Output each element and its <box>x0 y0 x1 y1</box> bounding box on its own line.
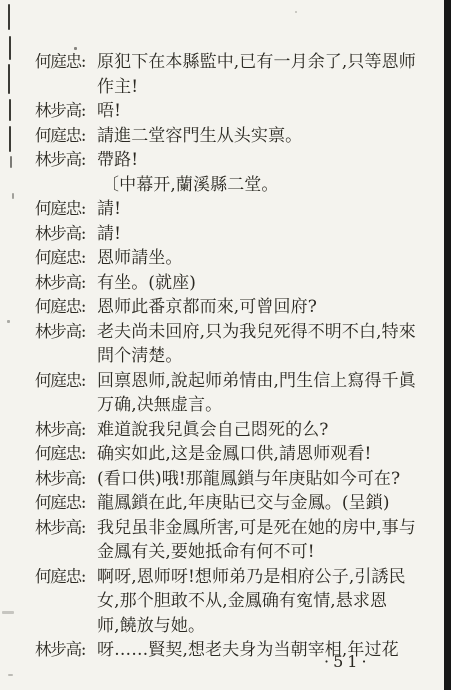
dialogue-lines: 帶路! <box>97 148 437 173</box>
dialogue-lines: 啊呀,恩师呀!想师弟乃是相府公子,引誘民女,那个胆敢不从,金鳳确有寃情,悬求恩师… <box>97 565 437 639</box>
dialogue-lines: 請進二堂容門生从头实禀。 <box>97 124 437 149</box>
dialogue-lines: 請! <box>97 222 437 247</box>
dialogue-line: 啊呀,恩师呀!想师弟乃是相府公子,引誘民 <box>97 565 437 590</box>
dialogue-lines: 回禀恩师,說起师弟情由,門生信上寫得千眞万确,决無虚言。 <box>97 369 437 418</box>
stage-direction-row: 〔中幕开,蘭溪縣二堂。 <box>35 173 437 198</box>
dialogue-lines: 有坐。(就座) <box>97 271 437 296</box>
dialogue-line: 龍鳳鎖在此,年庚貼已交与金鳳。(呈鎖) <box>97 491 437 516</box>
speaker-label: 林步高: <box>35 148 97 173</box>
dialogue-line: 我兒虽非金鳳所害,可是死在她的房中,事与 <box>97 516 437 541</box>
dialogue-row: 林步高:請! <box>35 222 437 247</box>
dialogue-lines: 老夫尚未回府,只为我兒死得不明不白,特來問个淸楚。 <box>97 320 437 369</box>
dialogue-lines: 恩师請坐。 <box>97 246 437 271</box>
dialogue-row: 何庭忠:恩师請坐。 <box>35 246 437 271</box>
speaker-label: 林步高: <box>35 271 97 296</box>
scan-artifact <box>9 99 11 121</box>
dialogue-row: 林步高:老夫尚未回府,只为我兒死得不明不白,特來問个淸楚。 <box>35 320 437 369</box>
speaker-label: 何庭忠: <box>35 295 97 320</box>
speaker-label: 何庭忠: <box>35 197 97 222</box>
speaker-label: 何庭忠: <box>35 124 97 149</box>
scan-artifact <box>8 674 13 676</box>
dialogue-line: 恩师請坐。 <box>97 246 437 271</box>
dialogue-line: 回禀恩师,說起师弟情由,門生信上寫得千眞 <box>97 369 437 394</box>
dialogue-line: 帶路! <box>97 148 437 173</box>
dialogue-lines: 唔! <box>97 99 437 124</box>
scanned-script-page: 何庭忠:原犯下在本縣監中,已有一月余了,只等恩师作主!林步高:唔!何庭忠:請進二… <box>0 0 451 690</box>
dialogue-row: 林步高:难道說我兒眞会自己悶死的么? <box>35 418 437 443</box>
speaker-label: 林步高: <box>35 222 97 247</box>
scan-artifact <box>295 11 297 13</box>
dialogue-row: 林步高:呀……賢契,想老夫身为当朝宰相,年过花 <box>35 638 437 663</box>
speaker-label: 何庭忠: <box>35 565 97 590</box>
speaker-label: 何庭忠: <box>35 50 97 75</box>
dialogue-line: 唔! <box>97 99 437 124</box>
speaker-label: 林步高: <box>35 516 97 541</box>
scan-artifact <box>2 611 14 614</box>
dialogue-line: 原犯下在本縣監中,已有一月余了,只等恩师 <box>97 50 437 75</box>
scan-artifact <box>9 36 11 60</box>
speaker-label: 林步高: <box>35 99 97 124</box>
scan-artifact <box>9 126 11 152</box>
dialogue-row: 何庭忠:原犯下在本縣監中,已有一月余了,只等恩师作主! <box>35 50 437 99</box>
dialogue-line: 請! <box>97 197 437 222</box>
dialogue-line: 呀……賢契,想老夫身为当朝宰相,年过花 <box>97 638 437 663</box>
dialogue-lines: 請! <box>97 197 437 222</box>
speaker-label: 何庭忠: <box>35 246 97 271</box>
dialogue-row: 何庭忠:回禀恩师,說起师弟情由,門生信上寫得千眞万确,决無虚言。 <box>35 369 437 418</box>
dialogue-row: 何庭忠:啊呀,恩师呀!想师弟乃是相府公子,引誘民女,那个胆敢不从,金鳳确有寃情,… <box>35 565 437 639</box>
dialogue-line: 老夫尚未回府,只为我兒死得不明不白,特來 <box>97 320 437 345</box>
scan-artifact <box>10 156 12 168</box>
dialogue-lines: 恩师此番京都而來,可曾回府? <box>97 295 437 320</box>
dialogue-lines: 难道說我兒眞会自己悶死的么? <box>97 418 437 443</box>
speaker-label: 林步高: <box>35 467 97 492</box>
dialogue-row: 何庭忠:請! <box>35 197 437 222</box>
scan-artifact <box>7 320 10 323</box>
speaker-label: 何庭忠: <box>35 491 97 516</box>
dialogue-row: 林步高:我兒虽非金鳳所害,可是死在她的房中,事与金鳳有关,要她抵命有何不可! <box>35 516 437 565</box>
dialogue-line: (看口供)哦!那龍鳳鎖与年庚貼如今可在? <box>97 467 437 492</box>
dialogue-row: 林步高:有坐。(就座) <box>35 271 437 296</box>
dialogue-lines: 我兒虽非金鳳所害,可是死在她的房中,事与金鳳有关,要她抵命有何不可! <box>97 516 437 565</box>
dialogue-line: 确实如此,这是金鳳口供,請恩师观看! <box>97 442 437 467</box>
dialogue-lines: 〔中幕开,蘭溪縣二堂。 <box>97 173 437 198</box>
dialogue-row: 何庭忠:恩师此番京都而來,可曾回府? <box>35 295 437 320</box>
dialogue-line: 有坐。(就座) <box>97 271 437 296</box>
scan-artifact <box>8 64 10 94</box>
speaker-label: 林步高: <box>35 638 97 663</box>
dialogue-line: 恩师此番京都而來,可曾回府? <box>97 295 437 320</box>
dialogue-lines: 确实如此,这是金鳳口供,請恩师观看! <box>97 442 437 467</box>
dialogue-line: 金鳳有关,要她抵命有何不可! <box>97 540 437 565</box>
dialogue-line: 难道說我兒眞会自己悶死的么? <box>97 418 437 443</box>
dialogue-row: 何庭忠:請進二堂容門生从头实禀。 <box>35 124 437 149</box>
speaker-label: 何庭忠: <box>35 369 97 394</box>
dialogue-row: 林步高:帶路! <box>35 148 437 173</box>
dialogue-lines: 呀……賢契,想老夫身为当朝宰相,年过花 <box>97 638 437 663</box>
scan-artifact <box>8 4 10 30</box>
speaker-label: 林步高: <box>35 320 97 345</box>
dialogue-line: 女,那个胆敢不从,金鳳确有寃情,悬求恩 <box>97 589 437 614</box>
dialogue-line: 师,饒放与她。 <box>97 614 437 639</box>
dialogue-line: 請進二堂容門生从头实禀。 <box>97 124 437 149</box>
dialogue-lines: 龍鳳鎖在此,年庚貼已交与金鳳。(呈鎖) <box>97 491 437 516</box>
dialogue-row: 林步高:唔! <box>35 99 437 124</box>
dialogue-row: 何庭忠:龍鳳鎖在此,年庚貼已交与金鳳。(呈鎖) <box>35 491 437 516</box>
stage-direction-line: 〔中幕开,蘭溪縣二堂。 <box>97 173 437 198</box>
dialogue-line: 問个淸楚。 <box>97 344 437 369</box>
dialogue-row: 何庭忠:确实如此,这是金鳳口供,請恩师观看! <box>35 442 437 467</box>
dialogue-lines: (看口供)哦!那龍鳳鎖与年庚貼如今可在? <box>97 467 437 492</box>
dialogue-row: 林步高:(看口供)哦!那龍鳳鎖与年庚貼如今可在? <box>35 467 437 492</box>
scan-artifact <box>12 193 14 199</box>
speaker-label: 林步高: <box>35 418 97 443</box>
dialogue-line: 万确,决無虚言。 <box>97 393 437 418</box>
dialogue-list: 何庭忠:原犯下在本縣監中,已有一月余了,只等恩师作主!林步高:唔!何庭忠:請進二… <box>35 50 437 663</box>
scan-edge-bar <box>444 0 451 690</box>
speaker-label: 何庭忠: <box>35 442 97 467</box>
page-number: ·51· <box>324 652 371 671</box>
dialogue-line: 作主! <box>97 75 437 100</box>
dialogue-line: 請! <box>97 222 437 247</box>
dialogue-lines: 原犯下在本縣監中,已有一月余了,只等恩师作主! <box>97 50 437 99</box>
